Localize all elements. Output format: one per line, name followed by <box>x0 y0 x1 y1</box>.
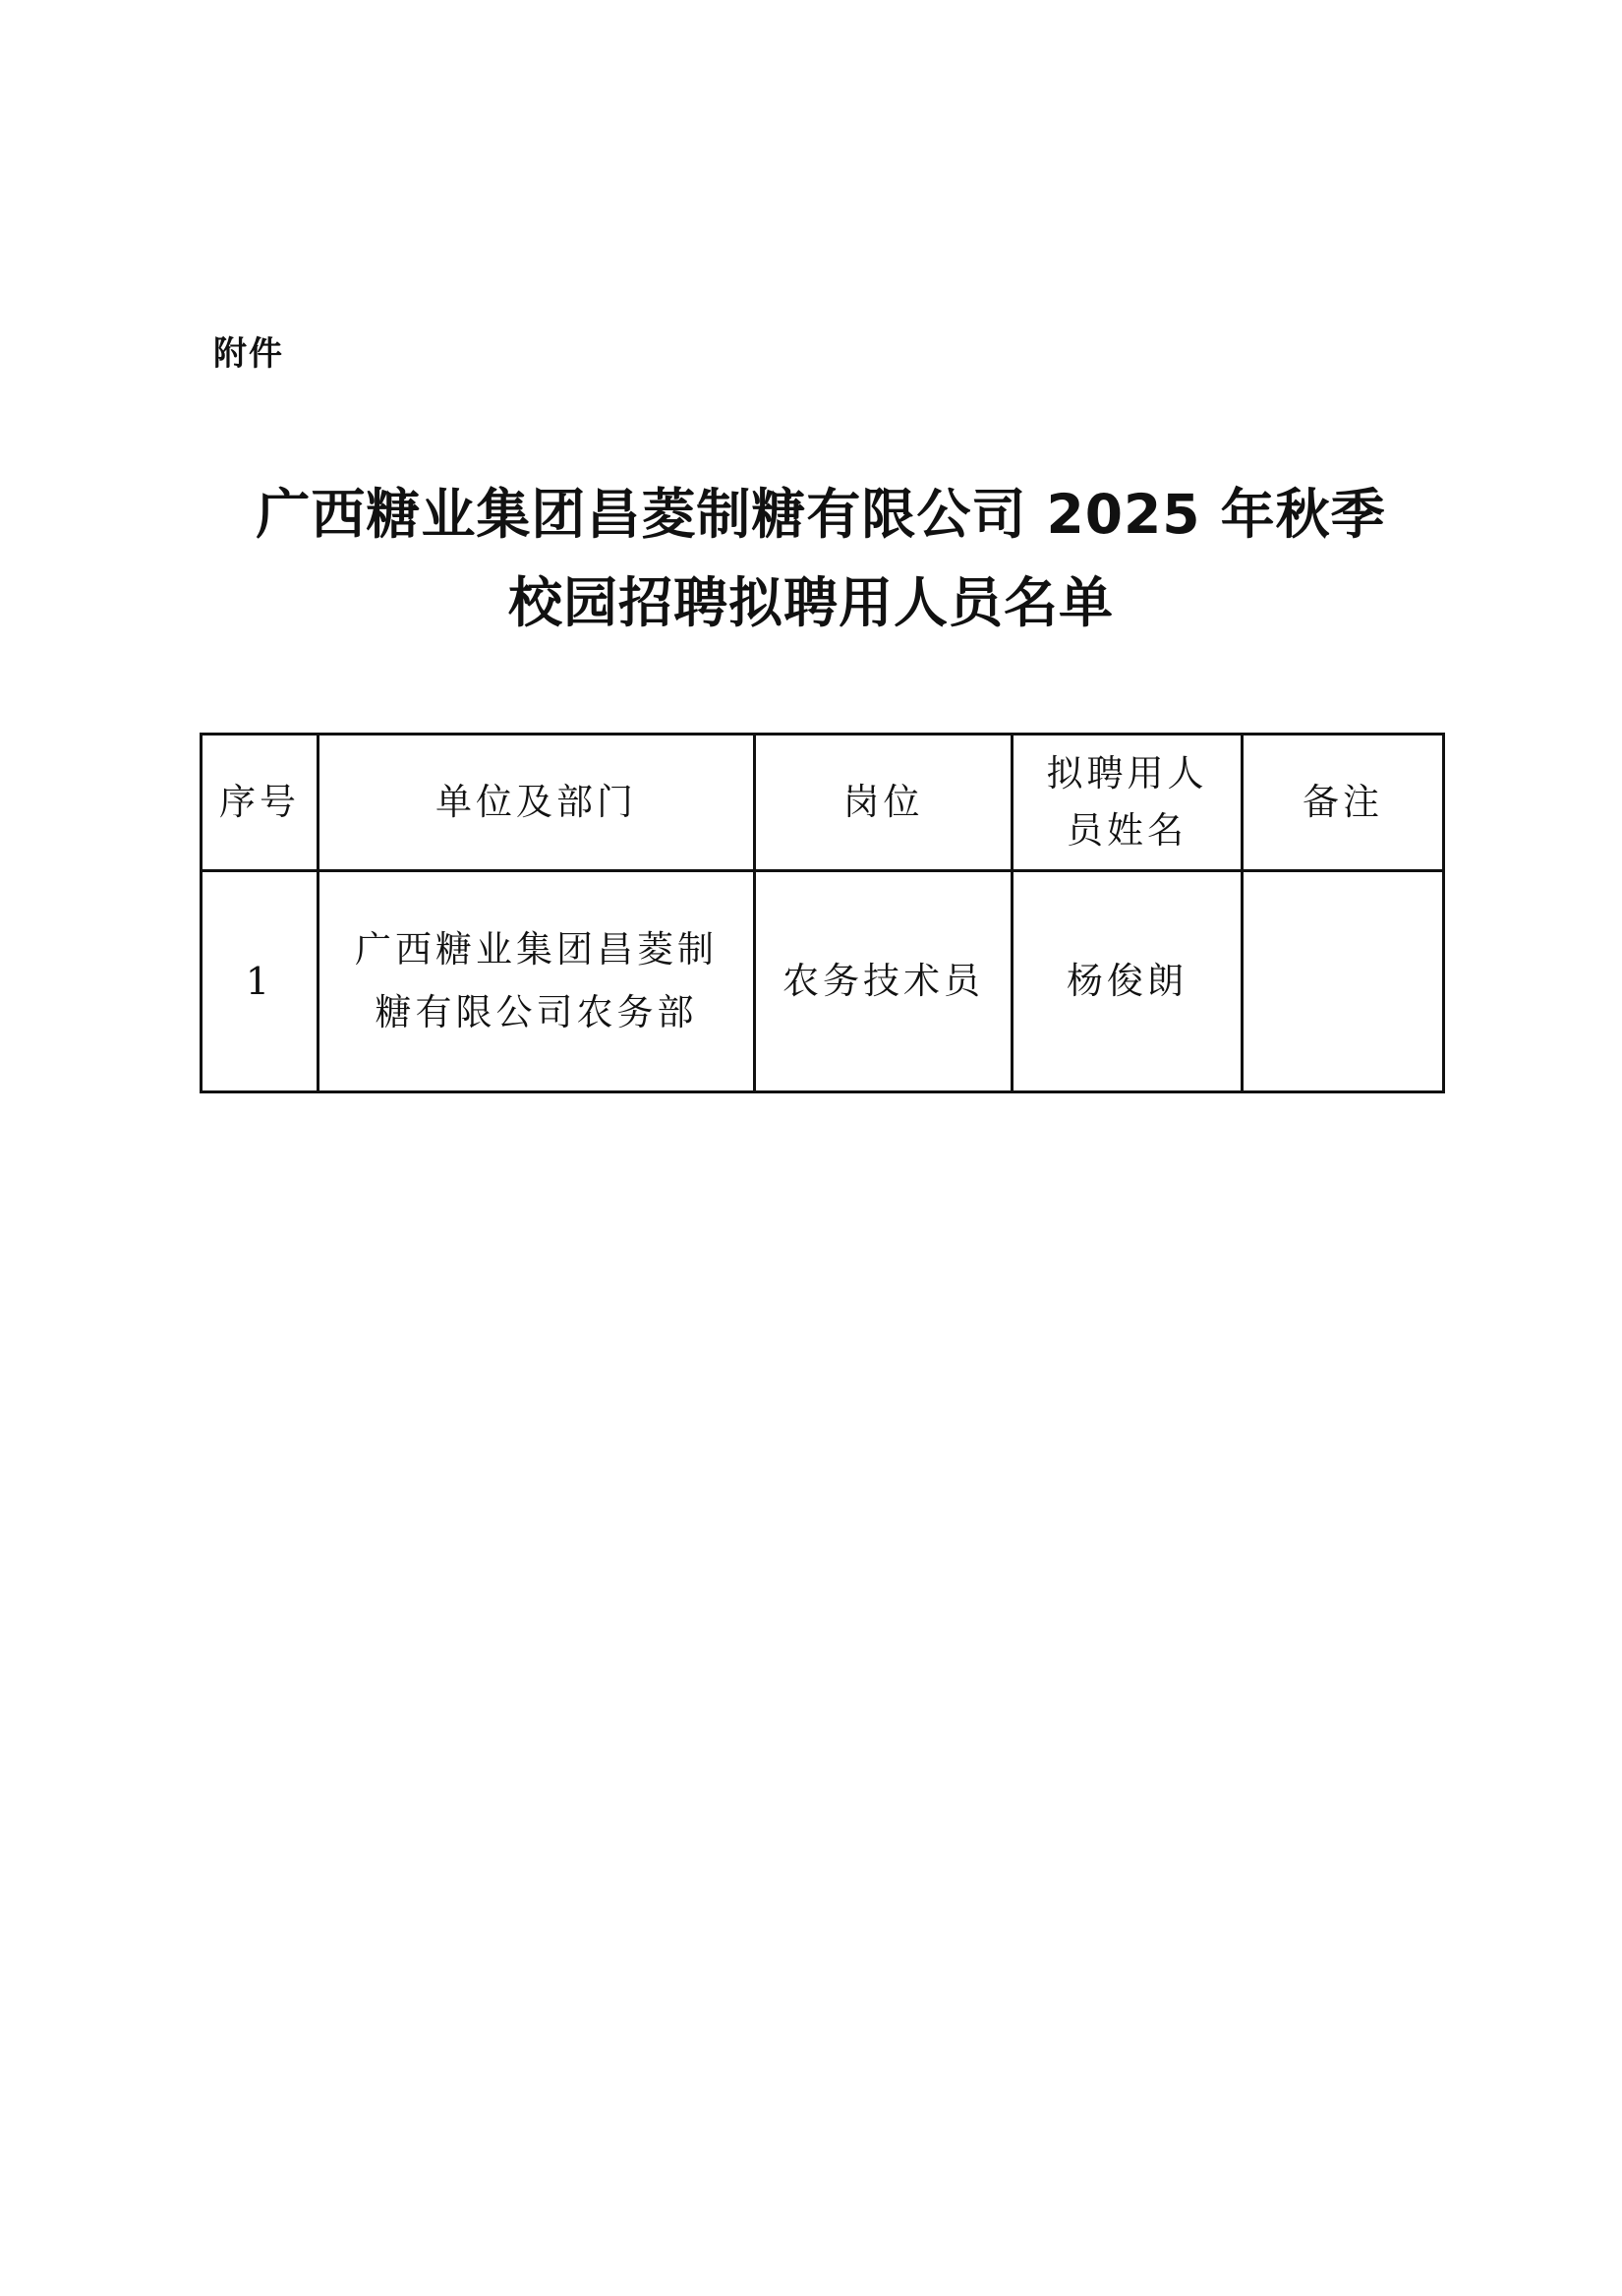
header-candidate-name-line-1: 拟聘用人 <box>1021 745 1233 802</box>
document-title: 广西糖业集团昌菱制糖有限公司 2025 年秋季 校园招聘拟聘用人员名单 <box>197 470 1425 647</box>
header-candidate-name-line-2: 员姓名 <box>1021 802 1233 859</box>
cell-note <box>1243 871 1444 1092</box>
cell-unit-line-2: 糖有限公司农务部 <box>327 981 745 1044</box>
table-header-row: 序号 单位及部门 岗位 拟聘用人 员姓名 备注 <box>202 735 1444 871</box>
header-candidate-name: 拟聘用人 员姓名 <box>1013 735 1243 871</box>
cell-seq: 1 <box>202 871 319 1092</box>
table-row: 1 广西糖业集团昌菱制 糖有限公司农务部 农务技术员 杨俊朗 <box>202 871 1444 1092</box>
cell-unit-line-1: 广西糖业集团昌菱制 <box>327 918 745 981</box>
document-title-line-2: 校园招聘拟聘用人员名单 <box>197 559 1425 647</box>
cell-unit-department: 广西糖业集团昌菱制 糖有限公司农务部 <box>319 871 755 1092</box>
header-seq: 序号 <box>202 735 319 871</box>
cell-post: 农务技术员 <box>755 871 1013 1092</box>
cell-candidate-name: 杨俊朗 <box>1013 871 1243 1092</box>
header-unit-department: 单位及部门 <box>319 735 755 871</box>
header-post: 岗位 <box>755 735 1013 871</box>
hiring-roster-table: 序号 单位及部门 岗位 拟聘用人 员姓名 备注 1 广西糖业集团昌菱制 糖有限公… <box>200 733 1445 1093</box>
attachment-label: 附件 <box>213 334 284 374</box>
document-title-line-1: 广西糖业集团昌菱制糖有限公司 2025 年秋季 <box>216 470 1425 559</box>
header-note: 备注 <box>1243 735 1444 871</box>
